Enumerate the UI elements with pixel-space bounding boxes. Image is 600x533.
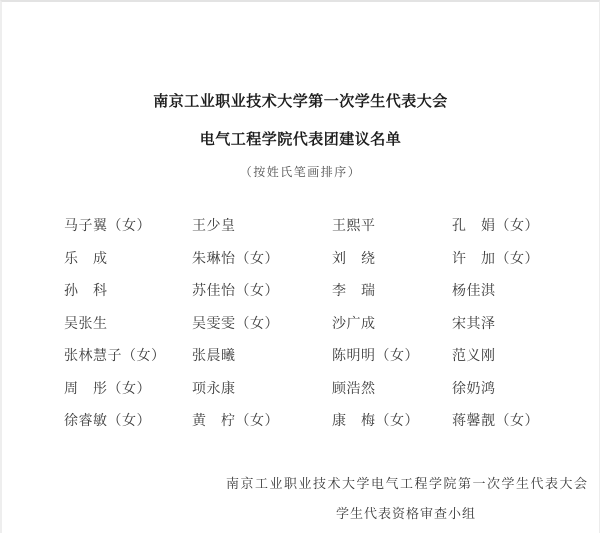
name-cell: 苏佳怡（女）	[192, 283, 332, 316]
name-cell: 顾浩然	[332, 381, 452, 414]
footer-review-group: 学生代表资格审查小组	[226, 503, 586, 522]
document-title: 南京工业职业技术大学第一次学生代表大会	[2, 90, 599, 111]
name-cell: 孔 娟（女）	[452, 218, 564, 251]
name-cell: 沙广成	[332, 316, 452, 349]
name-cell: 李 瑞	[332, 283, 452, 316]
name-cell: 王少皇	[192, 218, 332, 251]
name-cell: 张晨曦	[192, 348, 332, 381]
footer-organization: 南京工业职业技术大学电气工程学院第一次学生代表大会	[226, 473, 589, 492]
name-cell: 宋其泽	[452, 316, 564, 349]
name-cell: 蒋馨靓（女）	[452, 413, 564, 446]
name-cell: 许 加（女）	[452, 251, 564, 284]
name-cell: 项永康	[192, 381, 332, 414]
name-cell: 乐 成	[64, 251, 192, 284]
name-cell: 吴雯雯（女）	[192, 316, 332, 349]
document-page: 南京工业职业技术大学第一次学生代表大会 电气工程学院代表团建议名单 （按姓氏笔画…	[0, 0, 600, 533]
name-cell: 杨佳淇	[452, 283, 564, 316]
name-cell: 刘 绕	[332, 251, 452, 284]
name-cell: 周 彤（女）	[64, 381, 192, 414]
document-subtitle: 电气工程学院代表团建议名单	[2, 128, 599, 149]
name-cell: 朱琳怡（女）	[192, 251, 332, 284]
name-list-grid: 马子翼（女） 王少皇 王熙平 孔 娟（女） 乐 成 朱琳怡（女） 刘 绕 许 加…	[64, 218, 564, 446]
name-cell: 张林慧子（女）	[64, 348, 192, 381]
name-cell: 王熙平	[332, 218, 452, 251]
name-cell: 黄 柠（女）	[192, 413, 332, 446]
sort-order-note: （按姓氏笔画排序）	[2, 163, 599, 180]
name-cell: 马子翼（女）	[64, 218, 192, 251]
name-cell: 徐奶鸿	[452, 381, 564, 414]
name-cell: 吴张生	[64, 316, 192, 349]
name-cell: 康 梅（女）	[332, 413, 452, 446]
name-cell: 范义刚	[452, 348, 564, 381]
name-cell: 徐睿敏（女）	[64, 413, 192, 446]
name-cell: 孙 科	[64, 283, 192, 316]
name-cell: 陈明明（女）	[332, 348, 452, 381]
